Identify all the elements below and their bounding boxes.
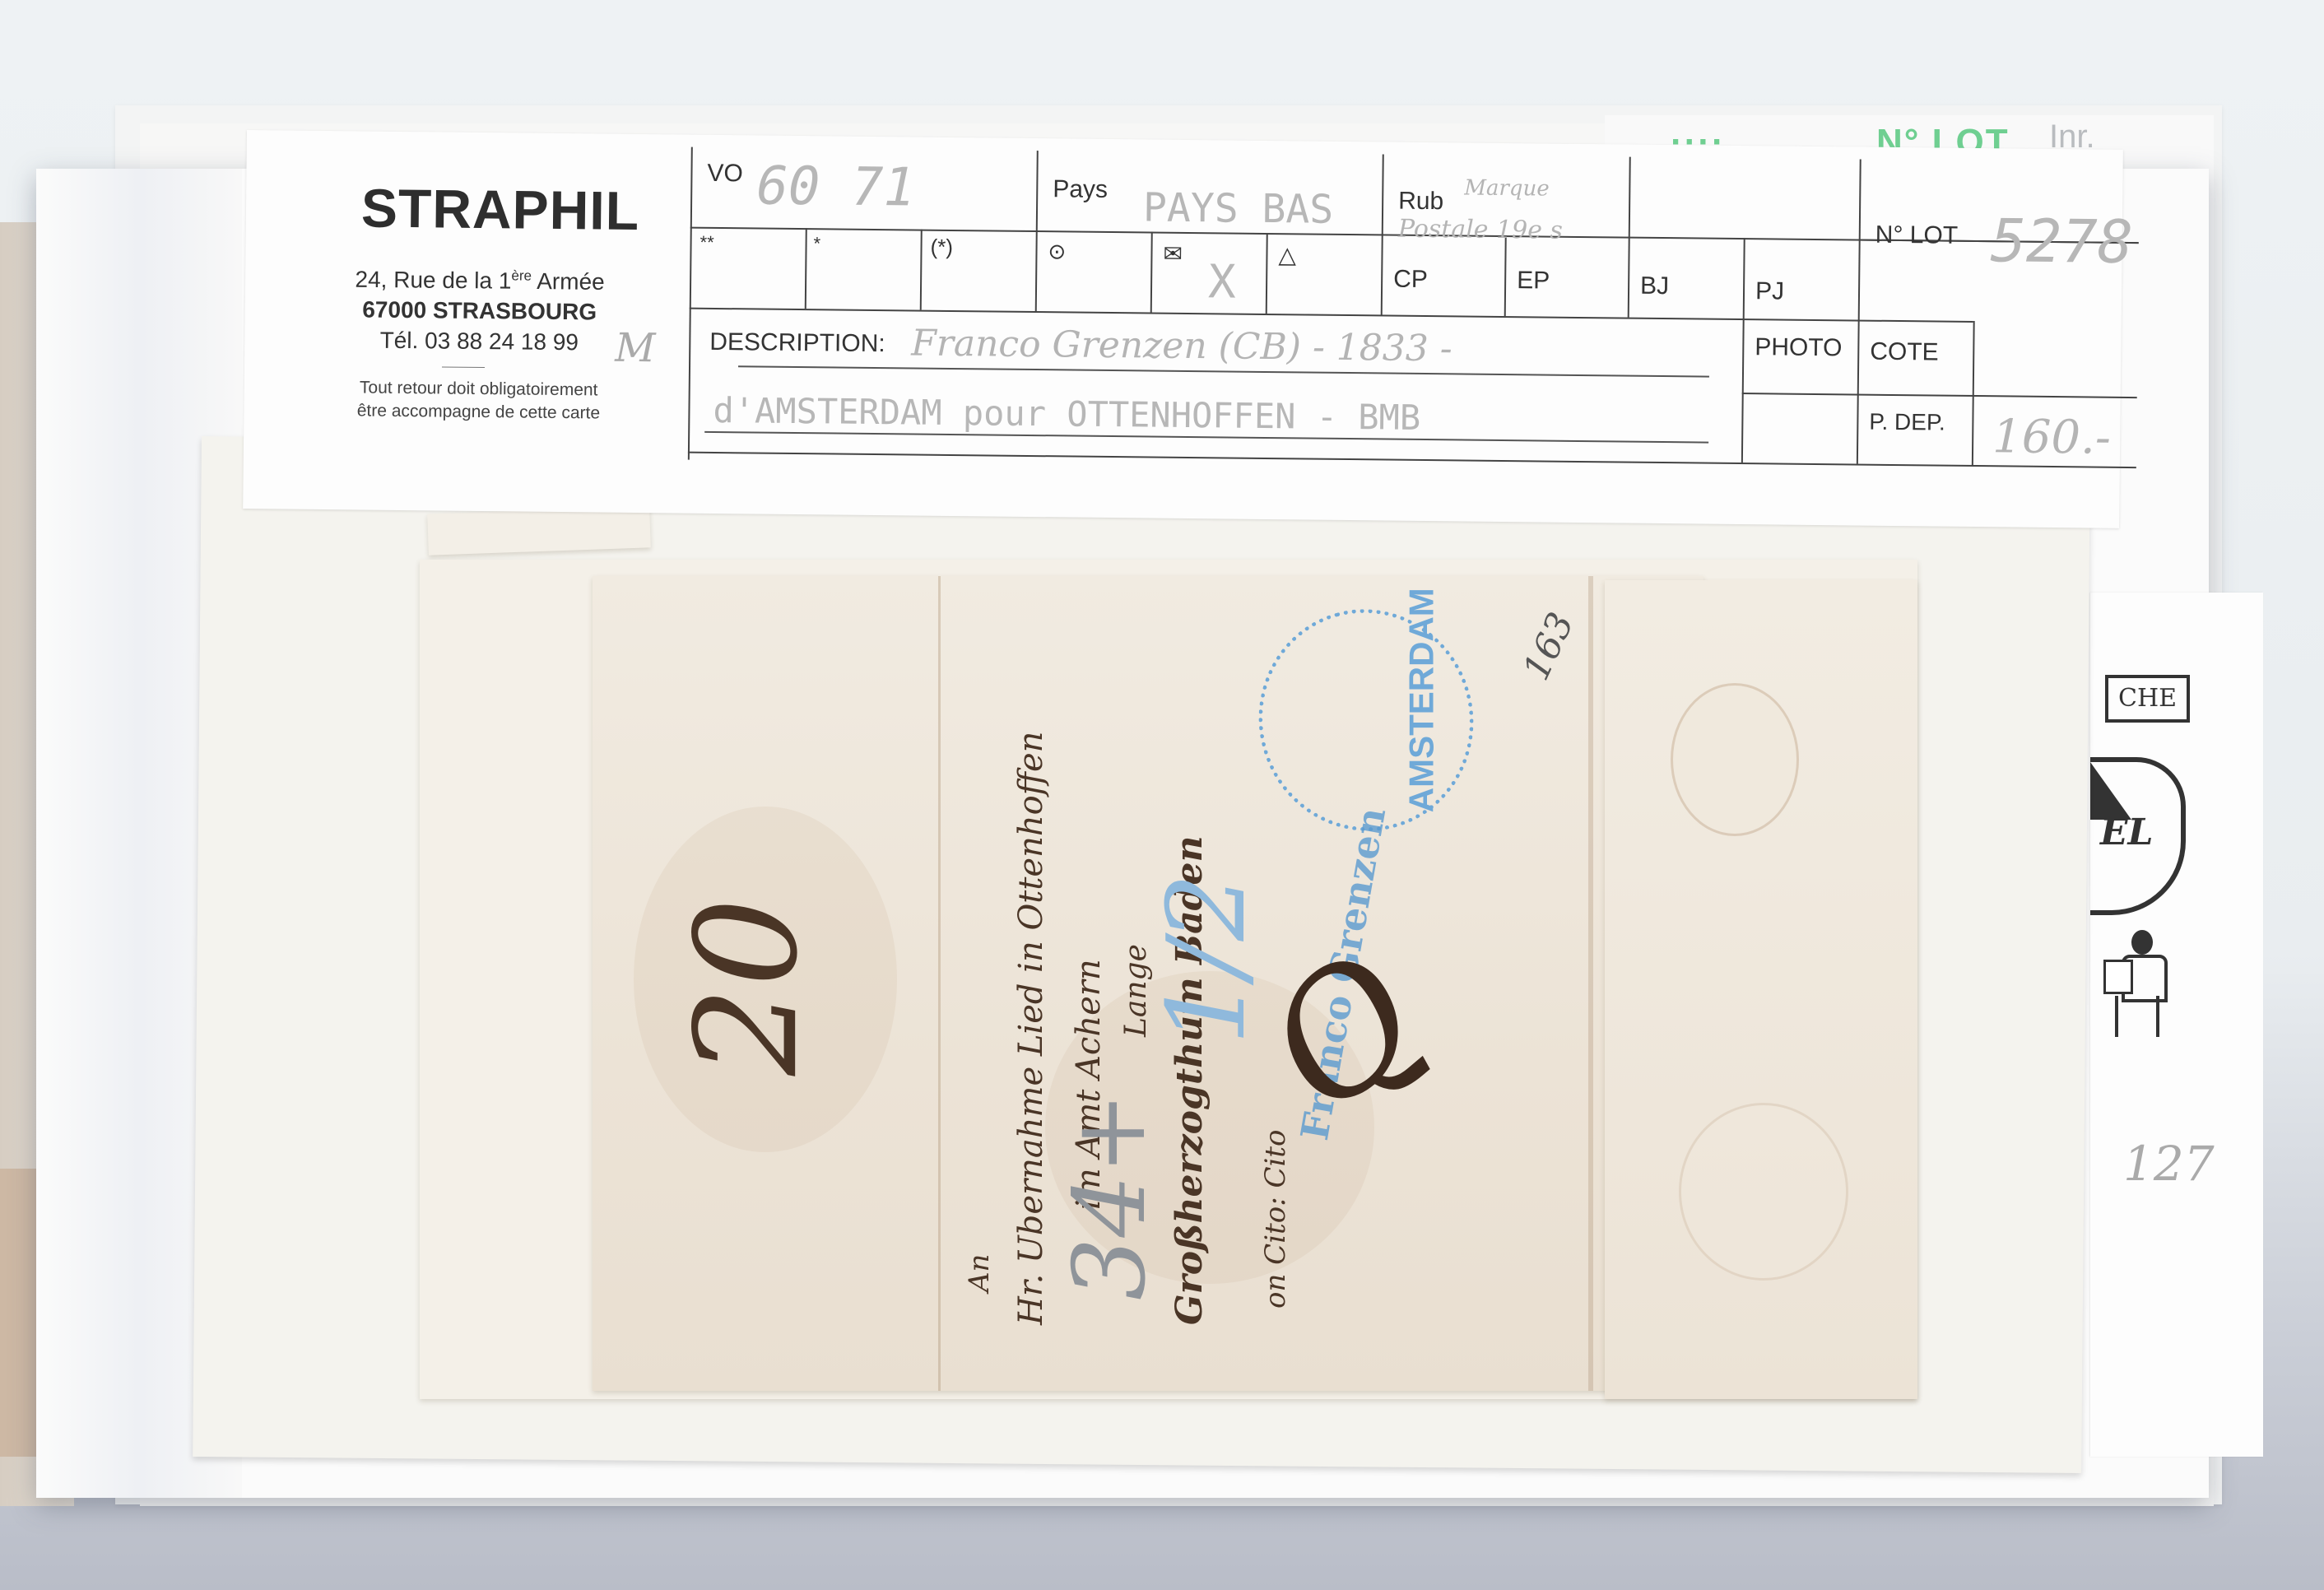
company-phone: Tél. 03 88 24 18 99 <box>310 324 648 358</box>
vo-label: VO <box>707 160 743 188</box>
background-sheet-orange-edge <box>0 1169 41 1457</box>
used-icon[interactable]: ⊙ <box>1048 239 1066 264</box>
rub-label: Rub <box>1398 188 1443 216</box>
description-line1[interactable]: Franco Grenzen (CB) - 1833 - <box>911 322 1452 370</box>
letter-top-flap <box>427 506 651 555</box>
cote-label: COTE <box>1870 338 1939 367</box>
brand-title: STRAPHIL <box>361 176 640 242</box>
address-street-end: Armée <box>532 268 605 295</box>
right-insert-sheet: CHE EL 127 <box>2090 593 2263 1457</box>
boxed-label: CHE <box>2105 675 2190 723</box>
pays-label: Pays <box>1053 175 1108 204</box>
ep-label: EP <box>1517 267 1550 295</box>
lot-number-value[interactable]: 5278 <box>1990 206 2133 277</box>
pdep-value[interactable]: 160.- <box>1992 410 2111 465</box>
bj-label: BJ <box>1640 272 1669 300</box>
cond-never-hinged-checkbox[interactable]: ** <box>700 232 713 253</box>
notice-line: Tout retour doit obligatoirement <box>306 376 652 402</box>
logo-text: EL <box>2100 811 2153 853</box>
description-label: DESCRIPTION: <box>709 328 885 358</box>
cancel-stamp-text: AMSTERDAM <box>1402 588 1442 812</box>
fragment-triangle-icon[interactable]: △ <box>1278 241 1296 268</box>
letter-rate-mark: 20 <box>666 898 829 1076</box>
cond-hinged-checkbox[interactable]: * <box>813 233 820 254</box>
wax-seal-icon <box>1679 1103 1848 1281</box>
rub-value-line1[interactable]: Marque <box>1464 175 1550 201</box>
letter-fold-line <box>938 576 941 1391</box>
pdep-label: P. DEP. <box>1869 409 1945 436</box>
cond-no-gum-checkbox[interactable]: (*) <box>930 235 953 260</box>
pj-label: PJ <box>1755 277 1784 305</box>
seated-collector-icon <box>2099 930 2173 1037</box>
cover-checked-mark: X <box>1208 255 1236 309</box>
address-superscript: ère <box>511 267 532 283</box>
address-line: An <box>963 1254 996 1292</box>
cover-envelope-icon[interactable]: ✉ <box>1163 240 1183 267</box>
side-note: on Cito: Cito <box>1259 1130 1292 1309</box>
divider <box>442 366 485 368</box>
address-line: Hr. Ubernahme Lied in Ottenhoffen <box>1012 732 1050 1325</box>
photo-label: PHOTO <box>1755 333 1842 362</box>
cp-label: CP <box>1393 266 1428 294</box>
notice-line: être accompagne de cette carte <box>305 399 651 425</box>
address-city: 67000 STRASBOURG <box>362 297 597 325</box>
globe-logo-icon: EL <box>2090 757 2186 915</box>
pencil-rate-mark: 34+ <box>1053 1092 1168 1300</box>
folded-letter: 20 An Hr. Ubernahme Lied in Ottenhoffen … <box>387 560 1934 1407</box>
lot-number-label: N° LOT <box>1875 221 1959 250</box>
handwritten-initial: M <box>615 325 656 372</box>
return-notice: Tout retour doit obligatoirement être ac… <box>305 376 652 425</box>
rub-value-line2[interactable]: Postale 19e s <box>1398 215 1563 245</box>
straphil-lot-card: STRAPHIL 24, Rue de la 1ère Armée 67000 … <box>243 130 2123 528</box>
vo-value[interactable]: 60 71 <box>756 156 915 218</box>
pays-value[interactable]: PAYS BAS <box>1143 184 1334 232</box>
address-street: 24, Rue de la 1 <box>355 267 511 294</box>
description-line2[interactable]: d'AMSTERDAM pour OTTENHOFFEN - BMB <box>713 390 1420 438</box>
wax-seal-icon <box>1671 683 1799 836</box>
company-address: 24, Rue de la 1ère Armée 67000 STRASBOUR… <box>310 258 648 359</box>
handwritten-number: 127 <box>2123 1136 2215 1192</box>
